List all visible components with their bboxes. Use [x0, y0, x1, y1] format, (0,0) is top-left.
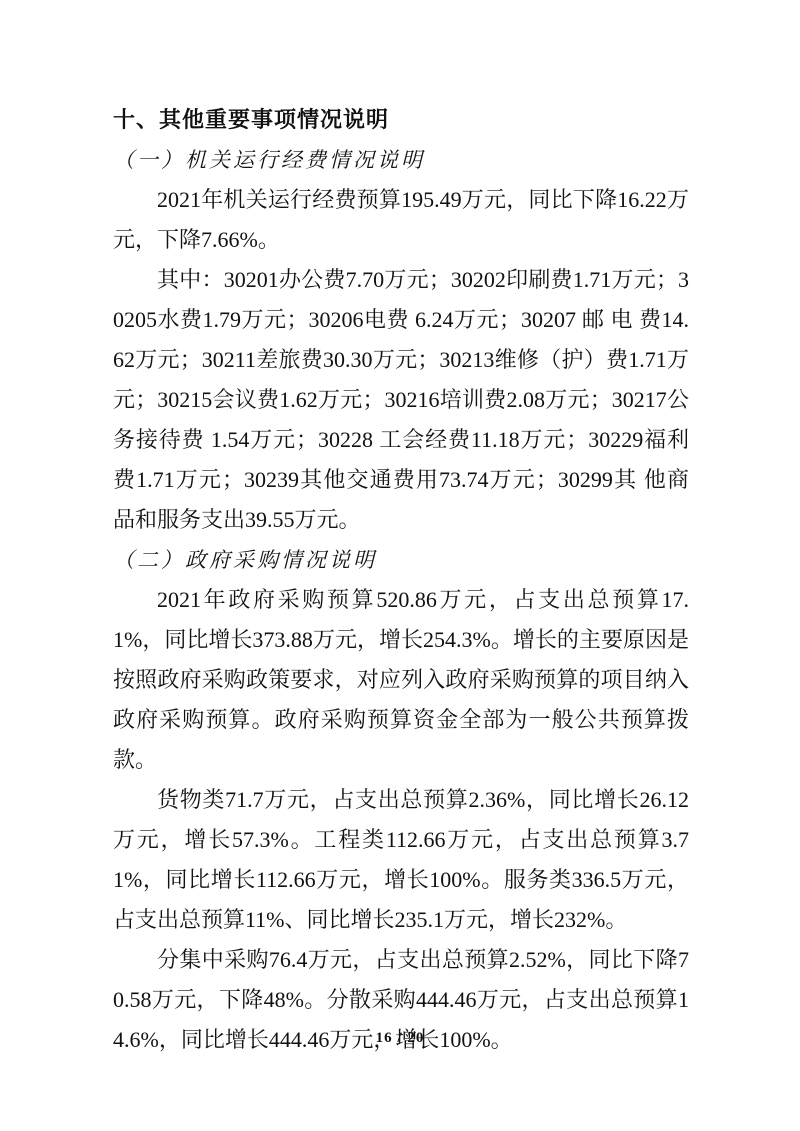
document-heading: 十、其他重要事项情况说明: [113, 100, 689, 140]
section-1-paragraph-1: 2021年机关运行经费预算195.49万元，同比下降16.22万元，下降7.66…: [113, 180, 689, 260]
section-1-title: （一）机关运行经费情况说明: [113, 140, 689, 180]
section-2-title: （二）政府采购情况说明: [113, 540, 689, 580]
section-2-paragraph-2: 货物类71.7万元，占支出总预算2.36%，同比增长26.12万元，增长57.3…: [113, 780, 689, 940]
section-2-paragraph-1: 2021年政府采购预算520.86万元，占支出总预算17.1%，同比增长373.…: [113, 580, 689, 780]
document-page: 十、其他重要事项情况说明 （一）机关运行经费情况说明 2021年机关运行经费预算…: [0, 0, 800, 1131]
section-1-paragraph-2: 其中：30201办公费7.70万元；30202印刷费1.71万元；30205水费…: [113, 260, 689, 540]
document-content: 十、其他重要事项情况说明 （一）机关运行经费情况说明 2021年机关运行经费预算…: [113, 100, 689, 1060]
page-number: 16 / 20: [0, 1030, 800, 1047]
